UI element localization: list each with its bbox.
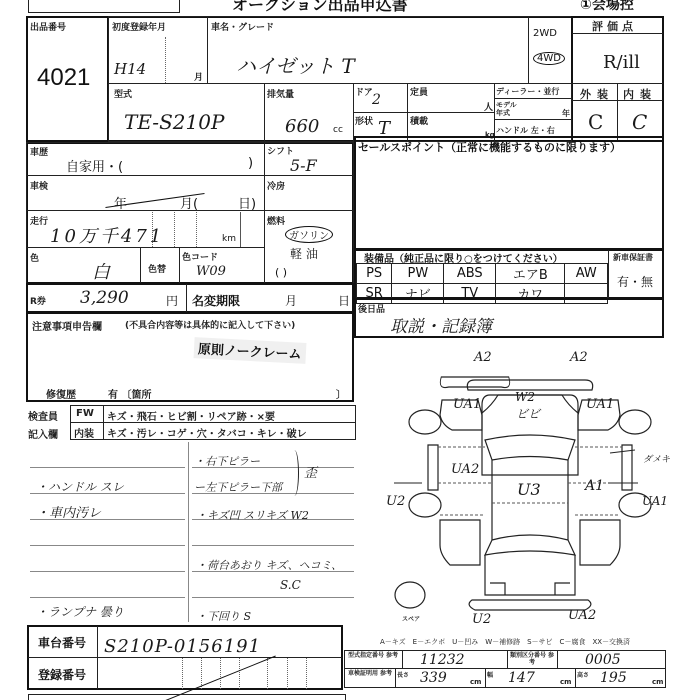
fuel-diesel: 軽 油 [290,245,318,262]
door-value: 2 [372,92,381,108]
model-year-label: モデル年式 [496,101,522,117]
handle-label: ハンドル 左・右 [496,125,555,136]
chassis-value: S210P-0156191 [104,636,261,657]
remark-left-6: ・ランプナ 曇り [36,603,124,620]
registration-label: 登録番号 [38,666,86,683]
shape-label: 形状 [355,114,373,127]
first-reg-value: H14 [114,60,146,78]
divider [575,669,576,687]
drive-2wd: 2WD [533,28,557,39]
width-value: 147 [508,670,535,686]
divider [345,668,665,669]
first-reg-label: 初度登録年月 [112,20,166,33]
notes-label: 注意事項申告欄 [32,318,102,333]
month-unit: 月 [194,70,203,83]
history-close: ) [248,156,253,171]
displacement-label: 排気量 [267,87,294,100]
divider [306,658,307,689]
equip-ps: PS [357,264,392,284]
remark-right-2: ・キズ凹 スリキズ W2 [196,507,309,523]
header-grid [28,0,180,13]
drive-4wd: 4WD [533,52,565,65]
model-label: 型式 [114,87,132,100]
remark-bracket: 歪 [304,462,317,481]
divider [186,284,187,312]
load-label: 積載 [410,114,428,127]
rule-line [30,571,185,572]
equip-aw: AW [565,264,608,284]
divider [188,442,189,622]
category-value: 0005 [585,652,621,668]
remark-left-1: ・ハンドル スレ [36,478,124,495]
mark-a2-right: A2 [570,350,588,365]
mark-dent-right: ダメキ [643,452,670,465]
interior-value: C [632,110,647,134]
mark-a1-right-door: A1 [585,478,604,494]
warranty-value: 有・無 [617,273,653,290]
divider [196,212,197,247]
inspector-label2: 記入欄 [28,426,58,441]
cert-label: 車検証明用 参考 [346,670,394,677]
displacement-value: 660 [285,116,319,137]
inspection-label: 車検 [30,179,48,192]
mileage-unit: km [222,234,236,244]
bracket [290,450,299,496]
name-change-day: 日 [338,292,350,309]
chassis-label: 車台番号 [38,634,86,651]
length-value: 339 [420,670,447,686]
mark-bibi-hood: ビビ [516,405,540,422]
rule-line [30,545,185,546]
later-items-label: 後日品 [358,302,385,315]
divider [220,658,221,689]
venue-label: ①会場控 [580,0,634,14]
remark-right-1: ー左下ピラー下部 [194,479,282,495]
displacement-unit: cc [333,125,343,135]
model-value: TE-S210P [124,110,224,134]
shift-value: 5-F [290,156,317,175]
warranty-label: 新車保証書 [613,252,653,263]
height-label: 高さ [577,670,589,679]
lot-label: 出品番号 [30,20,66,33]
divider [617,83,618,140]
door-label: ドア [355,85,373,98]
equip-abs: ABS [444,264,496,284]
car-name-label: 車名・グレード [211,20,274,33]
recycle-row [26,283,354,313]
mark-ua1-left: UA1 [453,397,481,412]
rule-line [30,597,185,598]
remark-right-5: S.C [280,578,301,592]
mark-u2-rear: U2 [472,612,491,627]
remark-right-4: ・荷台あおり キズ、ヘコミ、 [196,557,342,573]
divider [572,33,663,34]
drive-box [528,16,572,84]
recycle-unit: 円 [166,292,178,309]
divider [507,651,508,668]
score-value: R/ill [603,52,640,73]
mark-w2-hood: W2 [515,390,535,404]
int-label: 内装 [74,425,94,440]
dealer-label: ディーラー・並行 [496,86,559,97]
remark-right-0: ・右下ピラー [194,453,260,469]
history-label: 車歴 [30,145,48,158]
header-title: オークション出品申込書 [232,0,408,15]
divider [608,250,609,298]
history-box [26,142,265,176]
name-change-month: 月 [285,292,297,309]
rule-line [30,467,185,468]
rule-line [192,597,354,598]
fuel-other: ( ) [275,266,287,279]
category-label: 類別区分番号 参考 [509,652,555,666]
sales-point-label: セールスポイント（正常に機能するものに限ります） [358,139,621,155]
divider [239,658,240,689]
later-items-value: 取説・記録簿 [390,312,492,337]
mileage-value: 10万千471 [50,222,164,248]
aircon-label: 冷房 [267,179,285,192]
rule-line [192,545,354,546]
legend: A－キズ E－エクボ U－凹み W－補修跡 S－サビ C－腐食 XX－交換済 [380,637,630,647]
capacity-label: 定員 [410,85,428,98]
mark-ua1-right-side: UA1 [642,494,668,508]
score-label: 評価点 [592,18,637,34]
color-code-value: W09 [196,264,226,279]
length-label: 長さ [397,670,409,679]
color-change-label: 色替 [148,262,166,275]
divider [287,658,288,689]
divider [165,37,166,83]
inspection-box [26,175,265,211]
divider [402,651,403,668]
repair-label: 修復歴 [46,386,76,401]
fuel-gasoline: ガソリン [285,226,333,243]
bottom-fragment [28,694,346,700]
mark-a2-left: A2 [474,350,492,365]
spare-label: スペア [402,614,420,623]
fuel-label: 燃料 [267,214,285,227]
mark-ua1-right: UA1 [586,397,614,412]
color-value: 白 [92,258,110,284]
width-unit: cm [560,678,571,686]
color-label: 色 [30,251,39,264]
recycle-value: 3,290 [80,288,129,308]
recycle-label: R券 [30,294,46,307]
type-approval-label: 型式指定番号 参考 [346,652,400,659]
length-unit: cm [470,678,481,686]
model-year-unit: 年 [562,108,570,119]
repair-close: 〕 [336,386,346,401]
height-value: 195 [600,670,627,686]
divider [182,658,183,689]
car-name-value: ハイゼット T [236,50,355,79]
divider [28,657,342,658]
history-value: 自家用・( [66,156,123,175]
divider [240,212,241,247]
remark-left-2: ・車内汚レ [36,502,101,521]
inspector-label1: 検査員 [28,408,58,423]
color-box [26,247,141,284]
divider [174,212,175,247]
remark-right-6: ・下回り S [196,608,251,624]
mark-u2-left-side: U2 [386,494,405,509]
equip-airbag: エアB [496,264,565,284]
width-label: 幅 [487,670,493,679]
height-unit: cm [652,678,663,686]
int-items: キズ・汚レ・コゲ・穴・タバコ・キレ・破レ [107,425,307,440]
divider [395,669,396,687]
color-code-label: 色コード [182,250,218,263]
equip-pw: PW [392,264,444,284]
fw-items: キズ・飛石・ヒビ割・リペア跡・×要 [107,408,275,423]
notes-sub: (不具合内容等は具体的に記入して下さい) [125,318,295,331]
mark-ua2-left-door: UA2 [451,462,479,477]
repair-value: 有 〔箇所 [108,386,151,401]
mark-u3-roof: U3 [517,480,541,499]
divider [485,669,486,687]
divider [267,658,268,689]
lot-number: 4021 [37,64,90,92]
exterior-value: C [588,110,603,134]
divider [557,651,558,668]
mark-ua2-rear: UA2 [568,608,596,623]
type-approval-value: 11232 [420,652,465,668]
name-change-label: 名変期限 [192,292,240,309]
fw-label: FW [76,408,94,419]
mileage-label: 走行 [30,214,48,227]
